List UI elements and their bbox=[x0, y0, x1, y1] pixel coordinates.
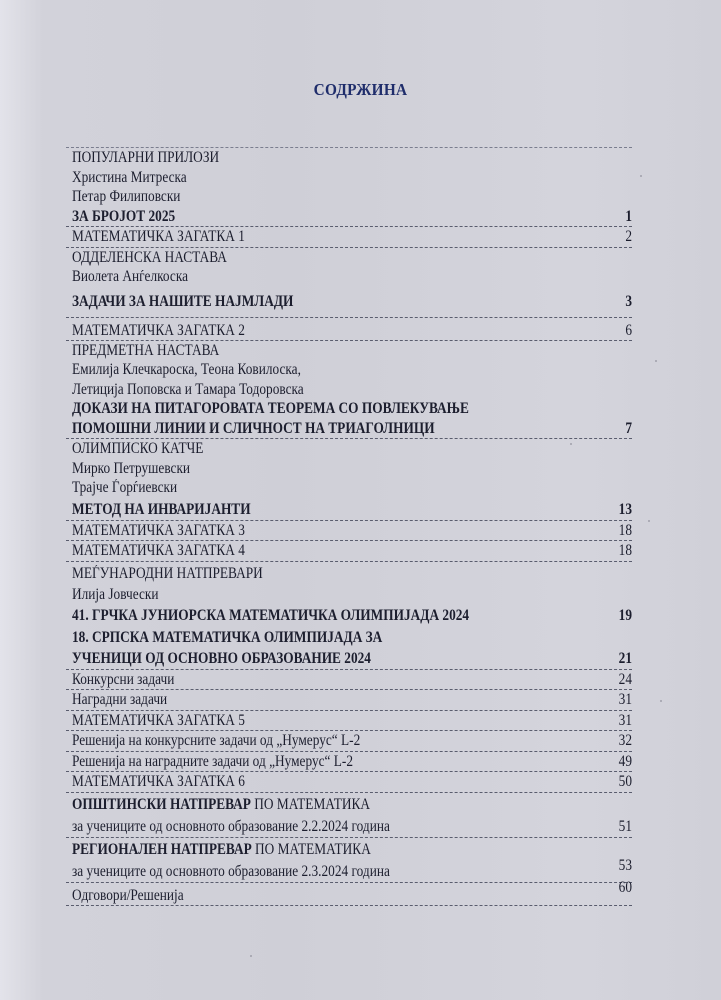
entry-subtitle: за учениците од основното образование 2.… bbox=[72, 860, 390, 884]
author-name: Трајче Ѓорѓиевски bbox=[72, 478, 177, 498]
toc-entry-title-line[interactable]: 18. СРПСКА МАТЕМАТИЧКА ОЛИМПИЈАДА ЗА bbox=[66, 626, 632, 647]
author-name: Илија Јовчески bbox=[72, 583, 158, 606]
page-number: 50 bbox=[610, 772, 632, 792]
toc-author: Летиција Поповска и Тамара Тодоровска bbox=[66, 380, 632, 400]
toc-entry[interactable]: МАТЕМАТИЧКА ЗАГАТКА 12 bbox=[66, 226, 632, 248]
paper-speck bbox=[570, 443, 572, 445]
page-number: 32 bbox=[610, 731, 632, 751]
entry-title: УЧЕНИЦИ ОД ОСНОВНО ОБРАЗОВАНИЕ 2024 bbox=[72, 647, 371, 671]
entry-title: ЗА БРОЈОТ 2025 bbox=[72, 207, 175, 227]
entry-title: 18. СРПСКА МАТЕМАТИЧКА ОЛИМПИЈАДА ЗА bbox=[72, 626, 382, 649]
page-number: 18 bbox=[610, 521, 632, 541]
page-number: 18 bbox=[610, 541, 632, 561]
toc-entry[interactable]: Наградни задачи31 bbox=[66, 690, 632, 711]
toc-entry[interactable]: МЕТОД НА ИНВАРИЈАНТИ13 bbox=[66, 498, 632, 521]
toc-entry[interactable]: МАТЕМАТИЧКА ЗАГАТКА 318 bbox=[66, 521, 632, 542]
entry-title: ПОМОШНИ ЛИНИИ И СЛИЧНОСТ НА ТРИАГОЛНИЦИ bbox=[72, 419, 435, 439]
section-label: ПОПУЛАРНИ ПРИЛОЗИ bbox=[72, 148, 219, 168]
toc-author: Мирко Петрушевски bbox=[66, 459, 632, 479]
page-number: 51 bbox=[610, 815, 632, 839]
author-name: Виолета Анѓелкоска bbox=[72, 267, 188, 287]
toc-author: Трајче Ѓорѓиевски bbox=[66, 478, 632, 498]
page-number: 21 bbox=[610, 647, 632, 671]
entry-title: Одговори/Решенија bbox=[72, 883, 184, 909]
section-label: ПРЕДМЕТНА НАСТАВА bbox=[72, 341, 219, 361]
toc-author: Илија Јовчески bbox=[66, 583, 632, 604]
entry-title: ДОКАЗИ НА ПИТАГОРОВАТА ТЕОРЕМА СО ПОВЛЕК… bbox=[72, 399, 469, 419]
toc-entry-title-line[interactable]: ОПШТИНСКИ НАТПРЕВАР ПО МАТЕМАТИКА bbox=[66, 793, 632, 815]
entry-title: Решенија на конкурсните задачи од „Нумер… bbox=[72, 731, 360, 751]
entry-title: МАТЕМАТИЧКА ЗАГАТКА 3 bbox=[72, 521, 245, 541]
toc-entry[interactable]: за учениците од основното образование 2.… bbox=[66, 815, 632, 838]
page-number: 19 bbox=[610, 604, 632, 628]
toc-section-heading: ОЛИМПИСКО КАТЧЕ bbox=[66, 439, 632, 459]
toc-entry-title-line[interactable]: ДОКАЗИ НА ПИТАГОРОВАТА ТЕОРЕМА СО ПОВЛЕК… bbox=[66, 399, 632, 419]
toc-author: Виолета Анѓелкоска bbox=[66, 267, 632, 287]
paper-speck bbox=[640, 175, 642, 177]
page-number: 13 bbox=[610, 498, 632, 522]
entry-title: МАТЕМАТИЧКА ЗАГАТКА 1 bbox=[72, 227, 245, 247]
author-name: Летиција Поповска и Тамара Тодоровска bbox=[72, 380, 304, 400]
toc-entry[interactable]: МАТЕМАТИЧКА ЗАГАТКА 418 bbox=[66, 541, 632, 562]
page-number: 31 bbox=[610, 711, 632, 731]
section-label: ОЛИМПИСКО КАТЧЕ bbox=[72, 439, 203, 459]
section-label: ОДДЕЛЕНСКА НАСТАВА bbox=[72, 248, 227, 268]
toc-author: Емилија Клечкароска, Теона Ковилоска, bbox=[66, 360, 632, 380]
toc-entry[interactable]: Решенија на наградните задачи од „Нумеру… bbox=[66, 752, 632, 773]
paper-speck bbox=[660, 700, 662, 702]
toc-entry[interactable]: 41. ГРЧКА ЈУНИОРСКА МАТЕМАТИЧКА ОЛИМПИЈА… bbox=[66, 604, 632, 626]
paper-speck bbox=[648, 520, 650, 522]
page-title: СОДРЖИНА bbox=[36, 80, 685, 100]
page-number: 60 bbox=[610, 875, 632, 901]
toc-entry[interactable]: ЗА БРОЈОТ 20251 bbox=[66, 207, 632, 227]
section-label: МЕЃУНАРОДНИ НАТПРЕВАРИ bbox=[72, 562, 263, 585]
toc-author: Христина Митреска bbox=[66, 168, 632, 188]
toc-entry[interactable]: МАТЕМАТИЧКА ЗАГАТКА 650 bbox=[66, 772, 632, 793]
toc-entry[interactable]: за учениците од основното образование 2.… bbox=[66, 860, 632, 883]
toc-entry[interactable]: Решенија на конкурсните задачи од „Нумер… bbox=[66, 731, 632, 752]
entry-title: Решенија на наградните задачи од „Нумеру… bbox=[72, 752, 353, 772]
toc-section-heading: ПОПУЛАРНИ ПРИЛОЗИ bbox=[66, 147, 632, 168]
entry-title: МЕТОД НА ИНВАРИЈАНТИ bbox=[72, 498, 251, 522]
entry-title: ЗАДАЧИ ЗА НАШИТЕ НАЈМЛАДИ bbox=[72, 287, 293, 317]
document-page: СОДРЖИНА ПОПУЛАРНИ ПРИЛОЗИ Христина Митр… bbox=[0, 0, 721, 1000]
toc-entry[interactable]: МАТЕМАТИЧКА ЗАГАТКА 26 bbox=[66, 318, 632, 341]
entry-title-bold: ОПШТИНСКИ НАТПРЕВАР bbox=[72, 796, 251, 813]
page-number: 1 bbox=[610, 207, 632, 227]
toc-section-heading: ПРЕДМЕТНА НАСТАВА bbox=[66, 341, 632, 361]
toc-entry[interactable]: ПОМОШНИ ЛИНИИ И СЛИЧНОСТ НА ТРИАГОЛНИЦИ7 bbox=[66, 419, 632, 440]
entry-title: 41. ГРЧКА ЈУНИОРСКА МАТЕМАТИЧКА ОЛИМПИЈА… bbox=[72, 604, 469, 628]
entry-title-rest: ПО МАТЕМАТИКА bbox=[252, 841, 371, 858]
page-number: 31 bbox=[610, 690, 632, 710]
author-name: Петар Филиповски bbox=[72, 187, 180, 207]
toc-entry[interactable]: ЗАДАЧИ ЗА НАШИТЕ НАЈМЛАДИ3 bbox=[66, 287, 632, 318]
toc-entry[interactable]: Одговори/Решенија60 bbox=[66, 883, 632, 906]
toc-author: Петар Филиповски bbox=[66, 187, 632, 207]
entry-title-rest: ПО МАТЕМАТИКА bbox=[251, 796, 370, 813]
entry-title: Конкурсни задачи bbox=[72, 670, 174, 690]
toc-entry-title-line[interactable]: РЕГИОНАЛЕН НАТПРЕВАР ПО МАТЕМАТИКА bbox=[66, 838, 632, 860]
page-number: 24 bbox=[610, 670, 632, 690]
page-number: 49 bbox=[610, 752, 632, 772]
paper-speck bbox=[250, 955, 252, 957]
toc-entry[interactable]: МАТЕМАТИЧКА ЗАГАТКА 531 bbox=[66, 711, 632, 732]
entry-subtitle: за учениците од основното образование 2.… bbox=[72, 815, 390, 839]
toc-entry[interactable]: УЧЕНИЦИ ОД ОСНОВНО ОБРАЗОВАНИЕ 202421 bbox=[66, 647, 632, 670]
entry-title: МАТЕМАТИЧКА ЗАГАТКА 4 bbox=[72, 541, 245, 561]
entry-title: Наградни задачи bbox=[72, 690, 167, 710]
entry-title: МАТЕМАТИЧКА ЗАГАТКА 5 bbox=[72, 711, 245, 731]
page-number: 7 bbox=[610, 419, 632, 439]
toc-entry[interactable]: Конкурсни задачи24 bbox=[66, 670, 632, 691]
table-of-contents: ПОПУЛАРНИ ПРИЛОЗИ Христина Митреска Пета… bbox=[66, 147, 632, 906]
author-name: Христина Митреска bbox=[72, 168, 187, 188]
author-name: Емилија Клечкароска, Теона Ковилоска, bbox=[72, 360, 301, 380]
toc-section-heading: МЕЃУНАРОДНИ НАТПРЕВАРИ bbox=[66, 562, 632, 583]
author-name: Мирко Петрушевски bbox=[72, 459, 190, 479]
entry-title-bold: РЕГИОНАЛЕН НАТПРЕВАР bbox=[72, 841, 252, 858]
paper-speck bbox=[655, 360, 657, 362]
page-number: 2 bbox=[610, 227, 632, 247]
entry-title: МАТЕМАТИЧКА ЗАГАТКА 6 bbox=[72, 772, 245, 792]
toc-section-heading: ОДДЕЛЕНСКА НАСТАВА bbox=[66, 248, 632, 268]
page-number: 3 bbox=[610, 287, 632, 317]
